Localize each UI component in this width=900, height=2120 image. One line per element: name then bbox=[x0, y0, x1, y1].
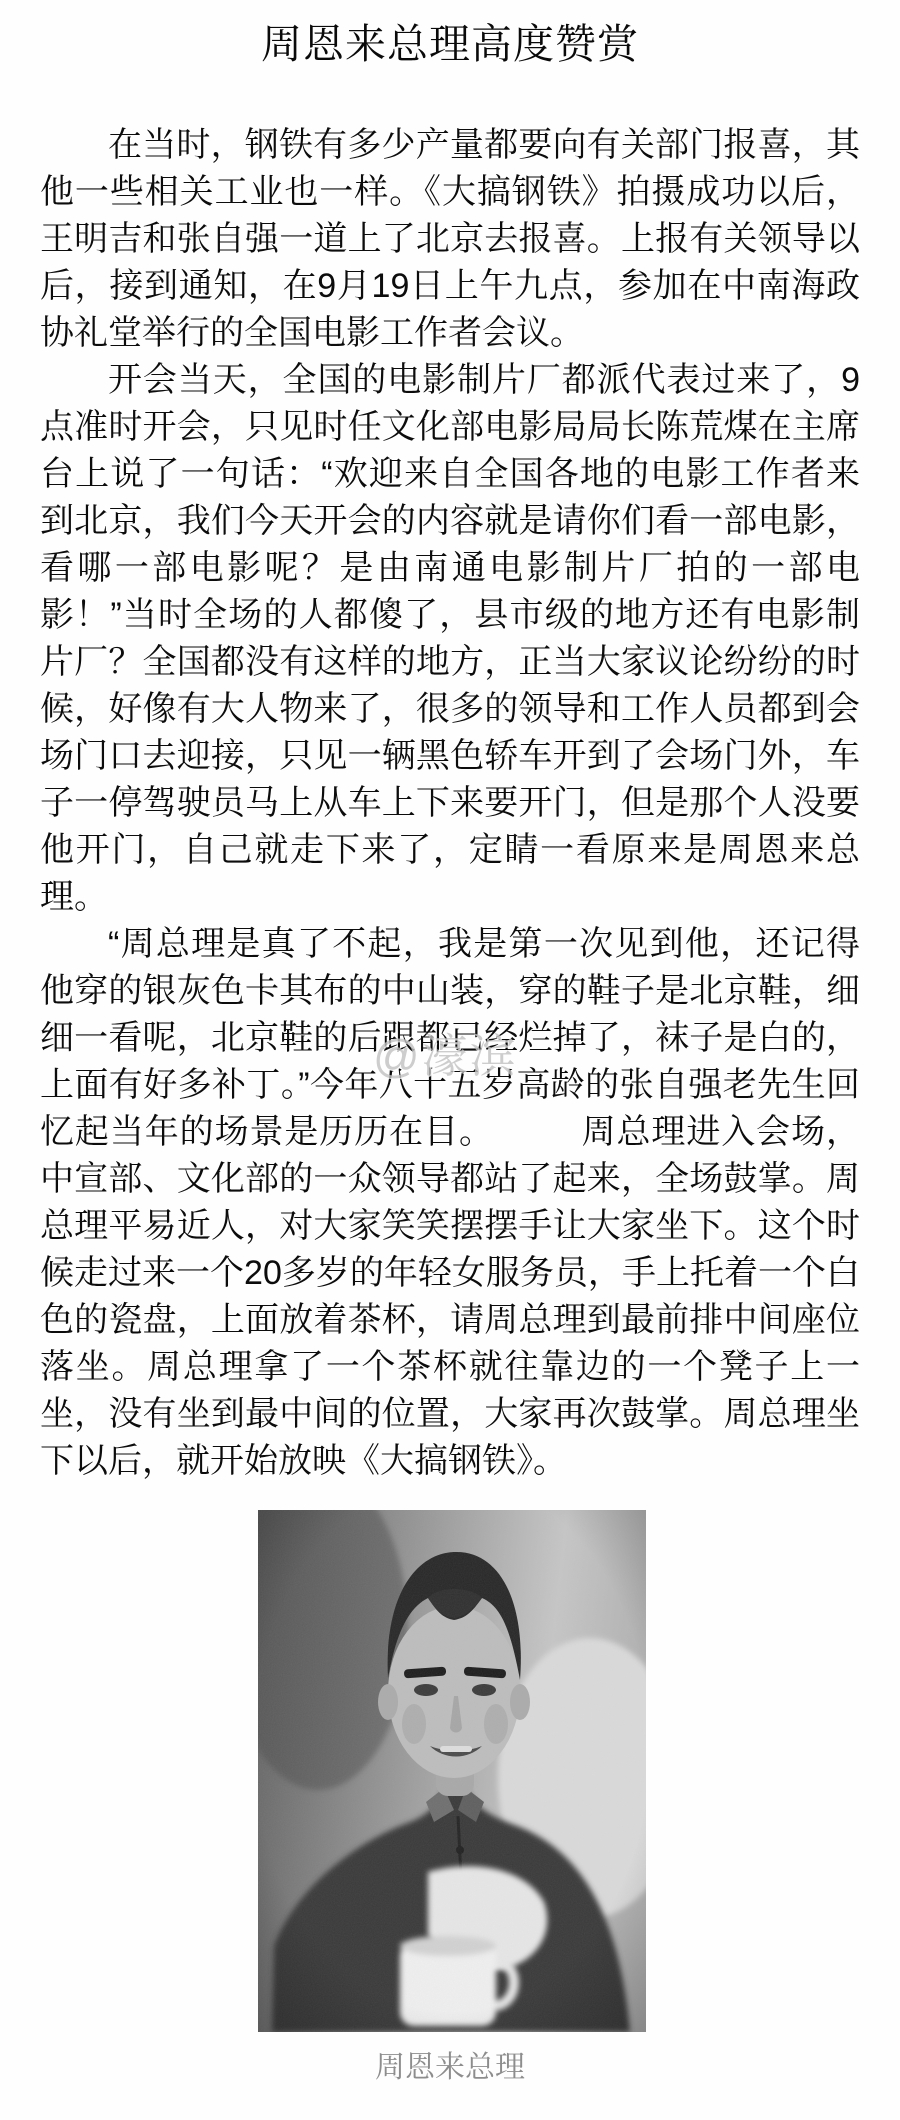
zhou-enlai-photo bbox=[258, 1510, 646, 2032]
paragraph-1: 在当时，钢铁有多少产量都要向有关部门报喜，其他一些相关工业也一样。《大搞钢铁》拍… bbox=[40, 122, 860, 357]
article-title: 周恩来总理高度赞赏 bbox=[0, 18, 900, 70]
paragraph-3: “周总理是真了不起，我是第一次见到他，还记得他穿的银灰色卡其布的中山装，穿的鞋子… bbox=[40, 921, 860, 1485]
zhou-enlai-photo-illustration bbox=[258, 1510, 646, 2032]
article-body: 在当时，钢铁有多少产量都要向有关部门报喜，其他一些相关工业也一样。《大搞钢铁》拍… bbox=[40, 122, 860, 1485]
photo-caption: 周恩来总理 bbox=[0, 2048, 900, 2088]
article-page: 周恩来总理高度赞赏 在当时，钢铁有多少产量都要向有关部门报喜，其他一些相关工业也… bbox=[0, 0, 900, 2120]
paragraph-2: 开会当天，全国的电影制片厂都派代表过来了，9点准时开会，只见时任文化部电影局局长… bbox=[40, 357, 860, 921]
